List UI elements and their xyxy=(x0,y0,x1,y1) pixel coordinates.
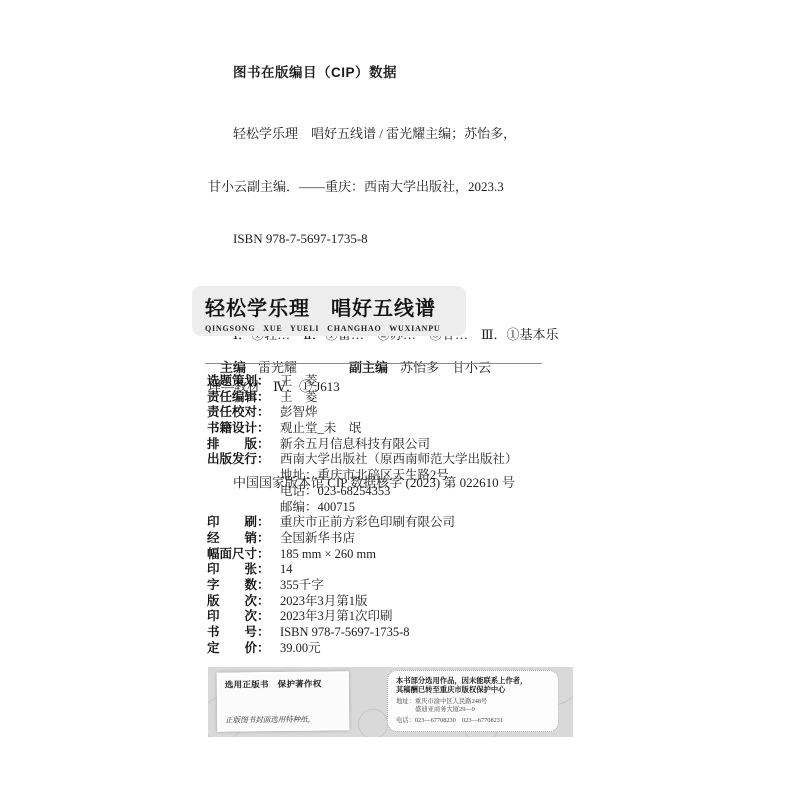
colophon-subrow-postcode: 邮编：400715 xyxy=(207,500,587,516)
colophon-value: 185 mm × 260 mm xyxy=(280,547,587,563)
colophon-label xyxy=(207,468,280,484)
cip-header: 图书在版编目（CIP）数据 xyxy=(233,61,397,81)
colophon-value: 彭智烨 xyxy=(280,405,587,421)
colophon-value: 355千字 xyxy=(280,578,587,594)
colophon-value: 邮编：400715 xyxy=(280,500,587,516)
notice-line: 本书部分选用作品，因未能联系上作者， xyxy=(396,676,550,685)
colophon-row: 选题策划：王 菱 xyxy=(207,374,587,390)
colophon-value: 王 菱 xyxy=(280,374,587,390)
colophon-value: 重庆市正前方彩色印刷有限公司 xyxy=(280,515,587,531)
colophon-label: 印 次： xyxy=(207,609,280,625)
copyright-page: 图书在版编目（CIP）数据 轻松学乐理 唱好五线谱 / 雷光耀主编；苏怡多， 甘… xyxy=(0,0,800,800)
colophon-label xyxy=(207,500,280,516)
colophon-label xyxy=(207,484,280,500)
colophon-label: 印 张： xyxy=(207,562,280,578)
authentic-copy-stamp: 选用正版书 保护著作权 正版图书封面选用特种纸， 正文选用淡黄色胶版纸， 封底贴… xyxy=(217,671,350,731)
colophon-value: 2023年3月第1次印刷 xyxy=(280,609,587,625)
colophon-row: 书籍设计：观止堂_未 氓 xyxy=(207,421,587,437)
colophon-value: 地址：重庆市北碚区天生路2号 xyxy=(280,468,587,484)
stamp-header: 选用正版书 保护著作权 xyxy=(225,677,341,690)
notice-phone: 电话：023—67708230 023—67708231 xyxy=(396,717,550,725)
colophon-subrow-address: 地址：重庆市北碚区天生路2号 xyxy=(207,468,587,484)
colophon-value: 2023年3月第1版 xyxy=(280,594,587,610)
stamp-body: 正版图书封面选用特种纸， 正文选用淡黄色胶版纸， 封底贴有激光防伪标志 xyxy=(225,694,342,731)
colophon-value: 39.00元 xyxy=(280,641,587,657)
colophon-row: 排 版：新余五月信息科技有限公司 xyxy=(207,437,587,453)
book-title: 轻松学乐理 唱好五线谱 xyxy=(205,292,466,321)
colophon-row: 版 次：2023年3月第1版 xyxy=(207,594,587,610)
colophon-row: 责任校对：彭智烨 xyxy=(207,405,587,421)
colophon-row: 定 价：39.00元 xyxy=(207,641,587,657)
colophon-value: 新余五月信息科技有限公司 xyxy=(280,437,587,453)
colophon-value: 西南大学出版社（原西南师范大学出版社） xyxy=(280,452,587,468)
colophon-label: 版 次： xyxy=(207,594,280,610)
cip-isbn-line: ISBN 978-7-5697-1735-8 xyxy=(208,230,578,248)
colophon-value: 观止堂_未 氓 xyxy=(280,421,587,437)
stamp-line: 正版图书封面选用特种纸， xyxy=(225,714,341,725)
colophon-row: 印 次：2023年3月第1次印刷 xyxy=(207,609,587,625)
cip-line: 甘小云副主编．——重庆：西南大学出版社，2023.3 xyxy=(208,178,578,196)
colophon-label: 幅面尺寸： xyxy=(207,547,280,563)
swirl-ornament xyxy=(358,709,388,737)
colophon-row: 幅面尺寸：185 mm × 260 mm xyxy=(207,547,587,563)
colophon-row: 经 销：全国新华书店 xyxy=(207,531,587,547)
colophon-label: 印 刷： xyxy=(207,515,280,531)
colophon-value: 全国新华书店 xyxy=(280,531,587,547)
notice-address: 盛迪亚商务大厦29—9 xyxy=(396,706,550,714)
divider-rule xyxy=(205,363,542,364)
notice-address: 地址：重庆市渝中区人民路248号 xyxy=(396,698,550,706)
colophon-label: 责任校对： xyxy=(207,405,280,421)
copyright-notice-stamp: 本书部分选用作品，因未能联系上作者， 其稿酬已转至重庆市版权保护中心 地址：重庆… xyxy=(387,670,559,732)
colophon-row: 印 刷：重庆市正前方彩色印刷有限公司 xyxy=(207,515,587,531)
colophon-row: 印 张：14 xyxy=(207,562,587,578)
colophon-label: 定 价： xyxy=(207,641,280,657)
colophon-label: 书籍设计： xyxy=(207,421,280,437)
book-title-pinyin: QINGSONG XUE YUELI CHANGHAO WUXIANPU xyxy=(205,324,466,333)
colophon-label: 选题策划： xyxy=(207,374,280,390)
colophon-label: 字 数： xyxy=(207,578,280,594)
colophon-label: 书 号： xyxy=(207,625,280,641)
colophon-list: 选题策划：王 菱 责任编辑：王 菱 责任校对：彭智烨 书籍设计：观止堂_未 氓 … xyxy=(207,374,587,656)
colophon-row: 出版发行：西南大学出版社（原西南师范大学出版社） xyxy=(207,452,587,468)
colophon-row: 责任编辑：王 菱 xyxy=(207,390,587,406)
colophon-row: 书 号：ISBN 978-7-5697-1735-8 xyxy=(207,625,587,641)
colophon-value: 14 xyxy=(280,562,587,578)
notice-band: 选用正版书 保护著作权 正版图书封面选用特种纸， 正文选用淡黄色胶版纸， 封底贴… xyxy=(208,667,573,737)
notice-line: 其稿酬已转至重庆市版权保护中心 xyxy=(396,685,550,694)
colophon-label: 责任编辑： xyxy=(207,390,280,406)
colophon-label: 经 销： xyxy=(207,531,280,547)
cip-line: 轻松学乐理 唱好五线谱 / 雷光耀主编；苏怡多， xyxy=(208,125,578,143)
colophon-label: 出版发行： xyxy=(207,452,280,468)
colophon-value: 电话：023-68254353 xyxy=(280,484,587,500)
title-box: 轻松学乐理 唱好五线谱 QINGSONG XUE YUELI CHANGHAO … xyxy=(192,286,466,336)
colophon-label: 排 版： xyxy=(207,437,280,453)
colophon-value: 王 菱 xyxy=(280,390,587,406)
colophon-value: ISBN 978-7-5697-1735-8 xyxy=(280,625,587,641)
colophon-row: 字 数：355千字 xyxy=(207,578,587,594)
colophon-subrow-phone: 电话：023-68254353 xyxy=(207,484,587,500)
